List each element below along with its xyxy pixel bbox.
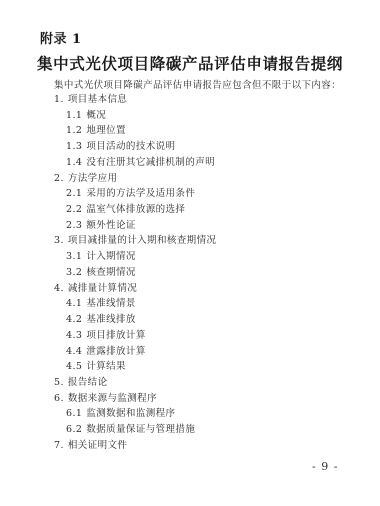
intro-paragraph: 集中式光伏项目降碳产品评估申请报告应包含但不限于以下内容： xyxy=(54,77,341,91)
outline-text: 计算结果 xyxy=(86,361,126,372)
outline-text: 监测数据和监测程序 xyxy=(86,408,175,419)
outline-number: 4.5 xyxy=(66,361,82,372)
outline-text: 地理位置 xyxy=(86,125,126,136)
outline-number: 1.3 xyxy=(66,141,82,152)
outline-text: 额外性论证 xyxy=(86,220,136,231)
outline-number: 1.4 xyxy=(66,157,82,168)
outline-subitem: 3.2核查期情况 xyxy=(0,265,380,281)
outline-number: 2. xyxy=(54,173,64,184)
outline-text: 项目减排量的计入期和核查期情况 xyxy=(68,235,217,246)
outline-number: 4. xyxy=(54,283,64,294)
outline-item: 2.方法学应用 xyxy=(0,171,380,187)
outline-subitem: 1.3项目活动的技术说明 xyxy=(0,139,380,155)
outline-text: 计入期情况 xyxy=(86,251,136,262)
outline-number: 4.4 xyxy=(66,346,82,357)
outline-number: 1. xyxy=(54,94,64,105)
document-page: 附录 1 集中式光伏项目降碳产品评估申请报告提纲 集中式光伏项目降碳产品评估申请… xyxy=(0,0,380,506)
outline-subitem: 4.3项目排放计算 xyxy=(0,328,380,344)
outline-text: 数据来源与监测程序 xyxy=(68,393,157,404)
outline-subitem: 4.5计算结果 xyxy=(0,359,380,375)
outline-text: 减排量计算情况 xyxy=(68,283,137,294)
outline-text: 项目活动的技术说明 xyxy=(86,141,175,152)
page-number: - 9 - xyxy=(312,460,338,473)
outline-text: 报告结论 xyxy=(68,377,108,388)
outline-text: 概况 xyxy=(86,110,106,121)
outline-text: 温室气体排放源的选择 xyxy=(86,204,185,215)
outline-number: 3.2 xyxy=(66,267,82,278)
outline-subitem: 3.1计入期情况 xyxy=(0,249,380,265)
outline-number: 2.1 xyxy=(66,188,82,199)
outline-text: 相关证明文件 xyxy=(68,440,127,451)
outline-text: 基准线排放 xyxy=(86,314,136,325)
outline-subitem: 1.1概况 xyxy=(0,108,380,124)
outline-number: 2.3 xyxy=(66,220,82,231)
outline-subitem: 2.1采用的方法学及适用条件 xyxy=(0,186,380,202)
outline-subitem: 1.4没有注册其它减排机制的声明 xyxy=(0,155,380,171)
outline-number: 4.1 xyxy=(66,298,82,309)
outline-text: 方法学应用 xyxy=(68,173,118,184)
outline-number: 3. xyxy=(54,235,64,246)
outline-number: 6.2 xyxy=(66,424,82,435)
document-title: 集中式光伏项目降碳产品评估申请报告提纲 xyxy=(0,52,380,74)
outline-text: 采用的方法学及适用条件 xyxy=(86,188,195,199)
outline-number: 4.3 xyxy=(66,330,82,341)
outline-number: 1.2 xyxy=(66,125,82,136)
outline-item: 3.项目减排量的计入期和核查期情况 xyxy=(0,233,380,249)
outline-item: 7.相关证明文件 xyxy=(0,438,380,454)
outline-item: 4.减排量计算情况 xyxy=(0,281,380,297)
outline-text: 没有注册其它减排机制的声明 xyxy=(86,157,215,168)
outline-subitem: 6.2数据质量保证与管理措施 xyxy=(0,422,380,438)
outline-subitem: 2.2温室气体排放源的选择 xyxy=(0,202,380,218)
outline-text: 项目排放计算 xyxy=(86,330,145,341)
outline-number: 5. xyxy=(54,377,64,388)
outline-number: 7. xyxy=(54,440,64,451)
outline-item: 1.项目基本信息 xyxy=(0,92,380,108)
outline-number: 6. xyxy=(54,393,64,404)
outline-number: 4.2 xyxy=(66,314,82,325)
outline-list: 1.项目基本信息 1.1概况 1.2地理位置 1.3项目活动的技术说明 1.4没… xyxy=(0,92,380,454)
outline-item: 6.数据来源与监测程序 xyxy=(0,391,380,407)
outline-text: 数据质量保证与管理措施 xyxy=(86,424,195,435)
outline-subitem: 1.2地理位置 xyxy=(0,123,380,139)
outline-text: 基准线情景 xyxy=(86,298,136,309)
outline-number: 3.1 xyxy=(66,251,82,262)
outline-text: 泄露排放计算 xyxy=(86,346,145,357)
outline-text: 核查期情况 xyxy=(86,267,136,278)
outline-number: 1.1 xyxy=(66,110,82,121)
outline-subitem: 4.2基准线排放 xyxy=(0,312,380,328)
outline-subitem: 4.1基准线情景 xyxy=(0,296,380,312)
outline-number: 6.1 xyxy=(66,408,82,419)
outline-subitem: 4.4泄露排放计算 xyxy=(0,344,380,360)
appendix-label: 附录 1 xyxy=(40,28,82,47)
outline-subitem: 2.3额外性论证 xyxy=(0,218,380,234)
outline-number: 2.2 xyxy=(66,204,82,215)
outline-subitem: 6.1监测数据和监测程序 xyxy=(0,406,380,422)
outline-item: 5.报告结论 xyxy=(0,375,380,391)
outline-text: 项目基本信息 xyxy=(68,94,127,105)
